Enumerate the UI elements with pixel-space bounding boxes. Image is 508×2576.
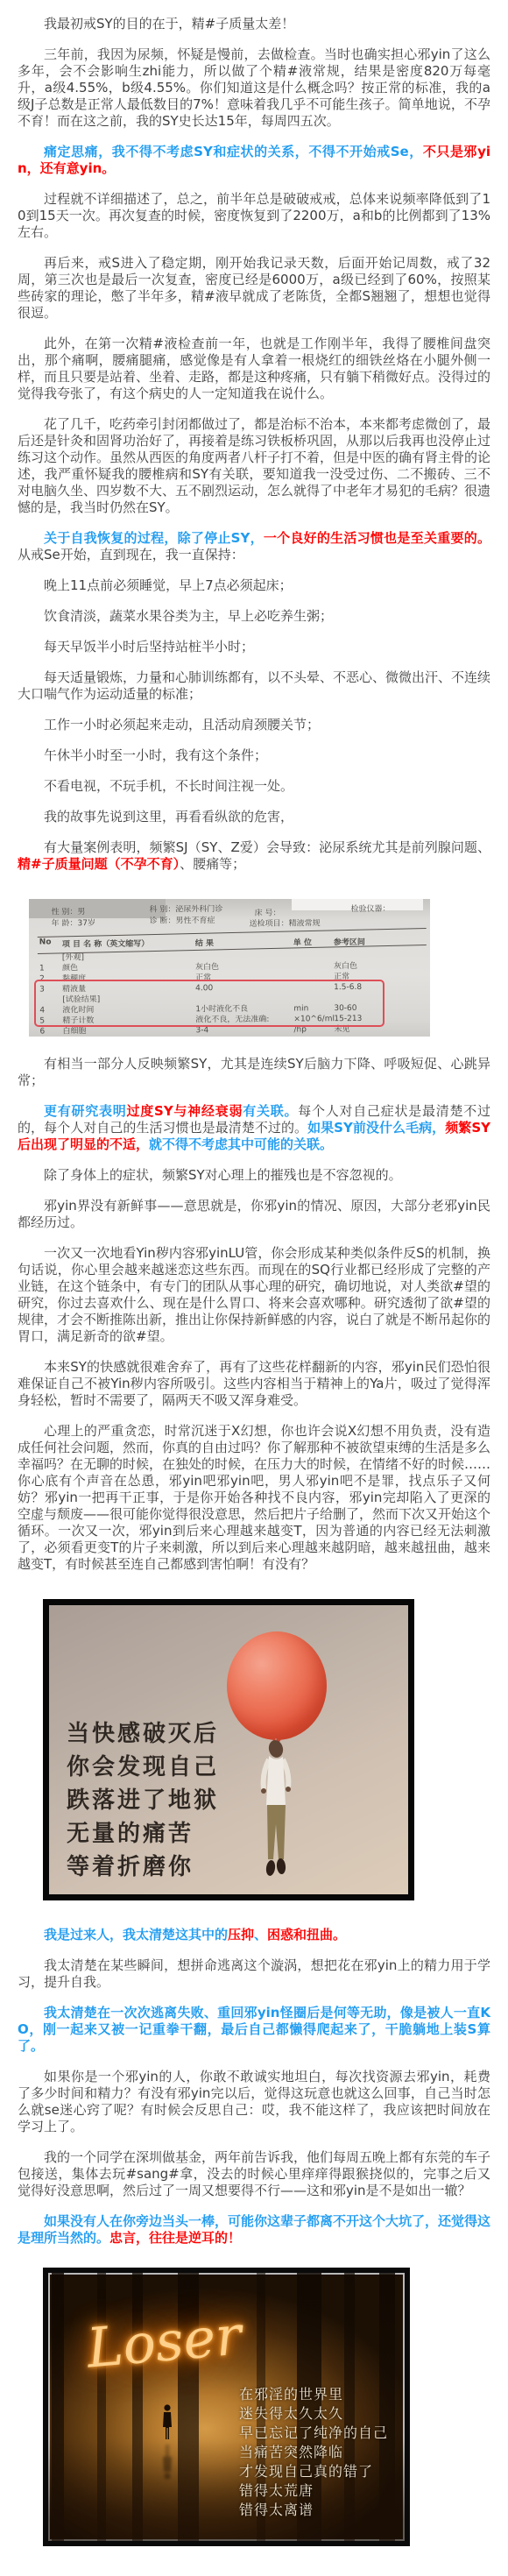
paragraph: 我最初戒SY的目的在于，精#子质量太差！: [18, 16, 490, 32]
standing-man-silhouette: [160, 2404, 174, 2441]
paragraph: 再后来，戒S进入了稳定期，刚开始我记录天数，后面开始记周数，戒了32周，第三次也…: [18, 255, 490, 322]
caption-line: 你会发现自己: [67, 1751, 219, 1784]
text-segment: 我太清楚在某些瞬间，想拼命逃离这个漩涡，想把花在邪yin上的精力用于学习，提升自…: [18, 1957, 490, 1990]
paragraph: 晚上11点前必须睡觉，早上7点必须起床；: [18, 577, 490, 594]
loser-poster-caption: 在邪淫的世界里迷失得太久太久早已忘记了纯净的自己当痛苦突然降临才发现自己真的错了…: [239, 2385, 388, 2520]
lab-dept: 科 别：泌尿外科门诊: [149, 902, 222, 915]
text-segment: 有大量案例表明，频繁SJ（SY、Z爱）会导致：泌尿系统尤其是前列腺问题、: [44, 839, 490, 855]
lab-cell-no: 1: [39, 963, 62, 973]
hanging-man-graphic: [257, 1738, 295, 1889]
text-segment: 、腰痛等；: [180, 856, 245, 872]
caption-line: 迷失得太久太久: [239, 2404, 388, 2424]
text-segment: 每天适量锻炼，力量和心肺训练都有，以不头晕、不恶心、微微出汗、不连续大口喘气作为…: [18, 669, 490, 702]
lab-cell-result: [195, 951, 293, 962]
lab-cell-name: 颜色: [62, 962, 195, 973]
text-segment: 压抑: [228, 1927, 254, 1943]
text-segment: 心理上的严重贪恋，时常沉迷于X幻想，你也许会说X幻想不用负责，没有造成任何社会问…: [18, 1423, 490, 1572]
text-segment: 一次又一次地看Yin秽内容邪yinLU管，你会形成某种类似条件反S的机制，换句话…: [18, 1245, 490, 1344]
text-segment: 我太清楚在一次次逃离失败、重回邪yin怪圈后是何等无助，像是被人一直KO，刚一起…: [18, 2005, 490, 2054]
caption-line: 才发现自己真的错了: [239, 2462, 388, 2481]
paragraph: 我太清楚在某些瞬间，想拼命逃离这个漩涡，想把花在邪yin上的精力用于学习，提升自…: [18, 1957, 490, 1991]
text-segment: 工作一小时必须起来走动，且活动肩颈腰关节；: [44, 717, 320, 732]
article-part-3: 我是过来人，我太清楚这其中的压抑、困惑和扭曲。我太清楚在某些瞬间，想拼命逃离这个…: [18, 1927, 490, 2247]
paragraph: 我是过来人，我太清楚这其中的压抑、困惑和扭曲。: [18, 1927, 490, 1943]
lab-cell-unit: [293, 951, 334, 961]
caption-line: 跌落进了地狱: [67, 1784, 219, 1817]
paragraph: 除了身体上的症状，频繁SY对心理上的摧残也是不容忽视的。: [18, 1167, 490, 1184]
text-segment: 花了几千，吃药牵引封闭都做过了，都是治标不治本，本来都考虑微创了，最后还是针灸和…: [18, 416, 490, 515]
lab-cell-name: 白细胞: [62, 1025, 195, 1037]
lab-diagnosis: 诊 断：男性不育症: [150, 914, 215, 926]
paragraph: 工作一小时必须起来走动，且活动肩颈腰关节；: [18, 717, 490, 733]
article-page: 我最初戒SY的目的在于，精#子质量太差！三年前，我因为尿频，怀疑是慢前，去做检查…: [0, 0, 508, 2576]
lab-age: 年 龄：37岁: [52, 916, 95, 928]
loser-poster-figure: Loser 在邪淫的世界里迷失得太久太久早已忘记了纯净的自己当痛苦突然降临才发现…: [43, 2268, 410, 2546]
paragraph: 更有研究表明过度SY与神经衰弱有关联。每个人对自己症状是最清楚不过的，每个人对自…: [18, 1103, 490, 1153]
text-segment: 我的一个同学在深圳做基金，两年前告诉我，他们每周五晚上都有东莞的车子包接送，集体…: [18, 2149, 490, 2198]
lab-cell-ref: 灰白色: [334, 961, 413, 973]
paragraph: 饮食清淡，蔬菜水果谷类为主，早上必吃养生粥；: [18, 608, 490, 625]
lab-instrument: 检验仪器：: [350, 902, 390, 914]
text-segment: 精#子质量问题（不孕不育）: [18, 856, 180, 872]
paragraph: 有大量案例表明，频繁SJ（SY、Z爱）会导致：泌尿系统尤其是前列腺问题、精#子质…: [18, 839, 490, 873]
text-segment: 三年前，我因为尿频，怀疑是慢前，去做检查。当时也确实担心邪yin了这么多年，会不…: [18, 46, 490, 129]
lab-report-figure: 性 别：男 年 龄：37岁 科 别：泌尿外科门诊 诊 断：男性不育症 床 号： …: [29, 899, 430, 1037]
text-segment: 关于自我恢复的过程，除了停止SY，: [44, 530, 264, 546]
caption-line: 无量的痛苦: [67, 1817, 219, 1851]
lab-column-headers: No 项 目 名 称（英文缩写） 结 果 单 位 参考区间: [39, 935, 427, 949]
lab-cell-name: [外观]: [62, 952, 195, 963]
text-segment: 如果没有人在你旁边当头一棒，可能你这辈子都离不开这个大坑了，还觉得这是理所当然的…: [18, 2213, 490, 2246]
paragraph: 心理上的严重贪恋，时常沉迷于X幻想，你也许会说X幻想不用负责，没有造成任何社会问…: [18, 1423, 490, 1573]
text-segment: 我最初戒SY的目的在于，精#子质量太差！: [44, 16, 294, 32]
paragraph: 过程就不详细描述了，总之，前半年总是破破戒戒，总体来说频率降低到了10到15天一…: [18, 191, 490, 241]
lab-cell-ref: [334, 951, 413, 962]
paragraph: 此外，在第一次精#液检查前一年，也就是工作刚半年，我得了腰椎间盘突出，那个痛啊，…: [18, 336, 490, 402]
paragraph: 本来SY的快感就很难舍弃了，再有了这些花样翻新的内容，邪yin民们恐怕很难保证自…: [18, 1359, 490, 1409]
paragraph: 关于自我恢复的过程，除了停止SY，一个良好的生活习惯也是至关重要的。从戒Se开始…: [18, 530, 490, 563]
text-segment: 不看电视，不玩手机，不长时间注视一处。: [44, 778, 293, 794]
caption-line: 早已忘记了纯净的自己: [239, 2424, 388, 2443]
caption-line: 等着折磨你: [67, 1851, 219, 1884]
article-part-1: 我最初戒SY的目的在于，精#子质量太差！三年前，我因为尿频，怀疑是慢前，去做检查…: [18, 16, 490, 873]
loser-fire-text: Loser: [84, 2303, 243, 2380]
text-segment: 过程就不详细描述了，总之，前半年总是破破戒戒，总体来说频率降低到了10到15天一…: [18, 191, 490, 240]
lab-cell-result: 灰白色: [195, 961, 293, 973]
text-segment: 忠言，往往是逆耳的！: [109, 2230, 241, 2246]
red-balloon-graphic: [227, 1631, 327, 1740]
paragraph: 我的一个同学在深圳做基金，两年前告诉我，他们每周五晚上都有东莞的车子包接送，集体…: [18, 2149, 490, 2199]
text-segment: 过度SY与神经衰弱: [127, 1103, 243, 1119]
text-segment: 如果你是一个邪yin的人，你敢不敢诚实地坦白，每次找资源去邪yin，耗费了多少时…: [18, 2069, 490, 2134]
paragraph: 三年前，我因为尿频，怀疑是慢前，去做检查。当时也确实担心邪yin了这么多年，会不…: [18, 46, 490, 130]
text-segment: 除了身体上的症状，频繁SY对心理上的摧残也是不容忽视的。: [44, 1167, 402, 1183]
paragraph: 如果你是一个邪yin的人，你敢不敢诚实地坦白，每次找资源去邪yin，耗费了多少时…: [18, 2069, 490, 2135]
text-segment: 再后来，戒S进入了稳定期，刚开始我记录天数，后面开始记周数，戒了32周，第三次也…: [18, 255, 490, 321]
balloon-poster-caption: 当快感破灭后你会发现自己跌落进了地狱无量的痛苦等着折磨你: [67, 1717, 219, 1884]
paragraph: 我太清楚在一次次逃离失败、重回邪yin怪圈后是何等无助，像是被人一直KO，刚一起…: [18, 2005, 490, 2055]
text-segment: 本来SY的快感就很难舍弃了，再有了这些花样翻新的内容，邪yin民们恐怕很难保证自…: [18, 1359, 490, 1408]
text-segment: 、: [254, 1927, 267, 1943]
caption-line: 当快感破灭后: [67, 1717, 219, 1751]
lab-sample: 送检项目：精液常规: [250, 916, 321, 929]
paragraph: 花了几千，吃药牵引封闭都做过了，都是治标不治本，本来都考虑微创了，最后还是针灸和…: [18, 416, 490, 516]
text-segment: 有相当一部分人反映频繁SY，尤其是连续SY后脑力下降、呼吸短促、心跳异常；: [18, 1056, 490, 1088]
paragraph: 每天早饭半小时后坚持站桩半小时；: [18, 639, 490, 655]
text-segment: 如果SY前没什么毛病，: [307, 1120, 445, 1136]
paragraph: 一次又一次地看Yin秽内容邪yinLU管，你会形成某种类似条件反S的机制，换句话…: [18, 1245, 490, 1345]
paragraph: 午休半小时至一小时，我有这个条件；: [18, 747, 490, 764]
text-segment: 一个良好的生活习惯也是至关重要的。: [264, 530, 490, 546]
caption-line: 错得太离谱: [239, 2501, 388, 2520]
paragraph: 不看电视，不玩手机，不长时间注视一处。: [18, 778, 490, 795]
article-part-2: 有相当一部分人反映频繁SY，尤其是连续SY后脑力下降、呼吸短促、心跳异常；更有研…: [18, 1056, 490, 1573]
text-segment: 有关联。: [243, 1103, 298, 1119]
text-segment: 从戒Se开始，直到现在，我一直保持：: [18, 547, 244, 563]
lab-col-no: No: [39, 938, 62, 949]
lab-col-name: 项 目 名 称（英文缩写）: [62, 937, 195, 949]
text-segment: 我是过来人，我太清楚这其中的: [44, 1927, 228, 1943]
paragraph: 有相当一部分人反映频繁SY，尤其是连续SY后脑力下降、呼吸短促、心跳异常；: [18, 1056, 490, 1089]
text-segment: 痛定思痛，我不得不考虑SY和症状的关系，不得不开始戒Se，: [44, 144, 423, 159]
lab-cell-no: [39, 952, 62, 963]
lab-col-result: 结 果: [195, 936, 293, 948]
text-segment: 困惑和扭曲。: [267, 1927, 346, 1943]
paragraph: 我的故事先说到这里，再看看纵欲的危害，: [18, 809, 490, 825]
text-segment: 饮食清淡，蔬菜水果谷类为主，早上必吃养生粥；: [44, 608, 333, 624]
text-segment: 就不得不考虑其中可能的关联。: [149, 1136, 333, 1152]
text-segment: 每天早饭半小时后坚持站桩半小时；: [44, 639, 254, 655]
text-segment: 更有研究表明: [44, 1103, 127, 1119]
caption-line: 在邪淫的世界里: [239, 2385, 388, 2404]
highlight-red-box: [34, 980, 385, 1027]
text-segment: 午休半小时至一小时，我有这个条件；: [44, 747, 267, 763]
lab-cell-no: 6: [39, 1026, 62, 1037]
text-segment: 邪yin界没有新鲜事——意思就是，你邪yin的情况、原因，大部分老邪yin民都经…: [18, 1198, 490, 1230]
lab-gender: 性 别：男: [51, 905, 85, 916]
caption-line: 当痛苦突然降临: [239, 2443, 388, 2462]
paragraph: 邪yin界没有新鲜事——意思就是，你邪yin的情况、原因，大部分老邪yin民都经…: [18, 1198, 490, 1231]
paragraph: 痛定思痛，我不得不考虑SY和症状的关系，不得不开始戒Se，不只是邪yin，还有意…: [18, 144, 490, 177]
paragraph: 如果没有人在你旁边当头一棒，可能你这辈子都离不开这个大坑了，还觉得这是理所当然的…: [18, 2213, 490, 2247]
lab-cell-unit: [293, 961, 334, 972]
paragraph: 每天适量锻炼，力量和心肺训练都有，以不头晕、不恶心、微微出汗、不连续大口喘气作为…: [18, 669, 490, 703]
text-segment: 此外，在第一次精#液检查前一年，也就是工作刚半年，我得了腰椎间盘突出，那个痛啊，…: [18, 336, 490, 401]
caption-line: 错得太荒唐: [239, 2481, 388, 2501]
text-segment: 我的故事先说到这里，再看看纵欲的危害，: [44, 809, 293, 824]
balloon-poster-figure: 当快感破灭后你会发现自己跌落进了地狱无量的痛苦等着折磨你: [43, 1599, 414, 1900]
text-segment: 晚上11点前必须睡觉，早上7点必须起床；: [44, 577, 293, 593]
